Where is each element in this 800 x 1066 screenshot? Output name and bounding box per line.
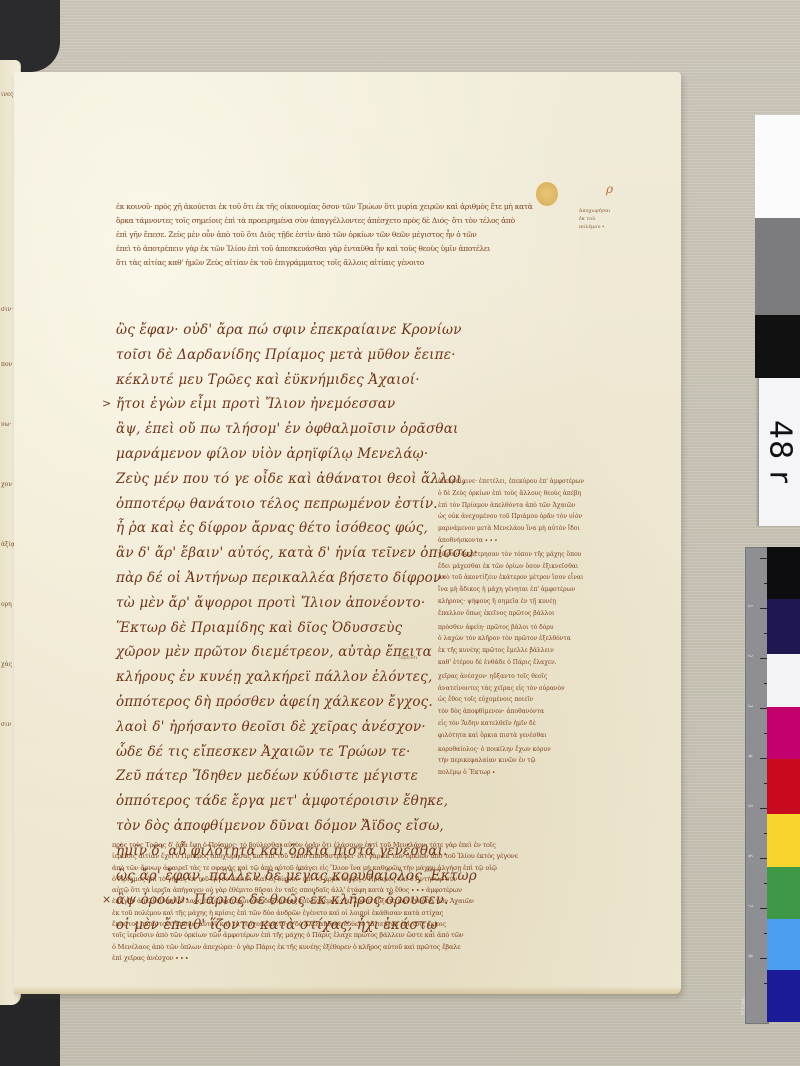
verse-text: Ζεὺς μέν που τό γε οἶδε καὶ ἀθάνατοι θεο… — [116, 471, 466, 487]
commentary-line: ἱερεῖοις αἰτίαν ἔχει ὁ Πρίαμος ἀποχωρήσα… — [112, 851, 612, 862]
commentary-line: τὴν περικεφαλαίαν κινῶν ἐν τῷ — [438, 755, 610, 767]
folio-number-mark: ρ — [606, 182, 613, 196]
commentary-line: χῶρον· διεμέτρησαν τὸν τόπον τῆς μάχης ὅ… — [438, 549, 610, 561]
commentary-line: αὐτῷ ὅτι τὰ ἱερεῖα ἀπήγαγεν οὐ γὰρ ἐθέμι… — [112, 885, 612, 896]
ruler-number: 7 — [747, 904, 753, 907]
verse-line: πὰρ δέ οἱ Ἀντήνωρ περικαλλέα βήσετο δίφρ… — [116, 566, 446, 591]
commentary-line: ὁ Μενέλαος ἀπὸ τῶν ὅπλων ἀπεχώρει· ὁ γὰρ… — [112, 942, 612, 953]
calibration-black-patch — [755, 315, 800, 378]
verse-text: ἤτοι ἐγὼν εἶμι προτὶ Ἴλιον ἠνεμόεσσαν — [116, 396, 395, 412]
commentary-line: κλήρους· ψήφους ἢ σημεῖα ἐν τῇ κυνέῃ — [438, 596, 610, 608]
verse-text: τὸν δὸς ἀποφθίμενον δῦναι δόμον Ἄϊδος εἴ… — [116, 818, 444, 834]
verse-line: ὁππότερος δὴ πρόσθεν ἀφείη χάλκεον ἔγχος… — [116, 690, 446, 715]
verse-text: ὁππότερος τάδε ἔργα μετ' ἀμφοτέροισιν ἔθ… — [116, 793, 448, 809]
commentary-line: χεῖρας ἀνέσχον· ηὔξαντο τοῖς θεοῖς — [438, 671, 610, 683]
commentary-line: ἐπὶ γῆν ἔπεσε. Ζεὺς μὲν οὖν ἀπὸ τοῦ ὅτι … — [116, 228, 571, 242]
verse-text: ὁπποτέρῳ θανάτοιο τέλος πεπρωμένον ἐστίν… — [116, 496, 438, 512]
verse-text: λαοὶ δ' ἠρήσαντο θεοῖσι δὲ χεῖρας ἀνέσχο… — [116, 719, 426, 735]
verse-text: κλήρους ἐν κυνέῃ χαλκήρεϊ πάλλον ἑλόντες… — [116, 669, 432, 685]
verse-mark: > — [102, 392, 111, 417]
verse-line: τὼ μὲν ἄρ' ἄψορροι προτὶ Ἴλιον ἀπονέοντο… — [116, 591, 446, 616]
verse-line: ὁπποτέρῳ θανάτοιο τέλος πεπρωμένον ἐστίν… — [116, 492, 446, 517]
commentary-line: πρόσθεν ἀφείη· πρῶτος βάλοι τὸ δόρυ — [438, 622, 610, 634]
ruler-number: 6 — [747, 854, 753, 857]
folio-label: 48 r — [763, 420, 798, 484]
top-margin-note: ἀποχωρήσαι ἐκ τοῦ πολέμου ∙ — [579, 207, 609, 231]
calibration-grey-patch — [755, 218, 800, 315]
verse-text: ὧδε δέ τις εἴπεσκεν Ἀχαιῶν τε Τρώων τε· — [116, 744, 411, 760]
commentary-line: κορυθαίολος· ὁ ποικίλην ἔχων κόρυν — [438, 744, 610, 756]
verse-line: λαοὶ δ' ἠρήσαντο θεοῖσι δὲ χεῖρας ἀνέσχο… — [116, 715, 446, 740]
commentary-line: ἐπὶ χεῖρας ἀνέσχον ∙ ∙ ∙ — [112, 953, 612, 964]
commentary-line: ἔπαλλον ὅπως ἐκεῖνος πρῶτος βάλλοι — [438, 608, 610, 620]
gloss-text: πολέμου ∙ — [579, 223, 609, 231]
verse-text: Ζεῦ πάτερ Ἴδηθεν μεδέων κύδιστε μέγιστε — [116, 768, 418, 784]
verse-text: τοῖσι δὲ Δαρδανίδης Πρίαμος μετὰ μῦθον ἔ… — [116, 347, 456, 363]
verse-text: μαρνάμενον φίλον υἱὸν ἀρηϊφίλῳ Μενελάῳ· — [116, 446, 428, 462]
folio-label-card: 48 r — [758, 378, 800, 526]
commentary-line: ὁ δὲ Ζεὺς ὁρκίων ἐπὶ τοὺς ἄλλους θεοὺς ἀ… — [438, 488, 610, 500]
color-patch-yellow — [767, 814, 800, 867]
verse-line: ἦ ῥα καὶ ἐς δίφρον ἄρνας θέτο ἰσόθεος φώ… — [116, 516, 446, 541]
verse-line: κλήρους ἐν κυνέῃ χαλκήρεϊ πάλλον ἑλόντες… — [116, 665, 446, 690]
calibration-white-patch — [755, 115, 800, 218]
commentary-line: ὁ λαχὼν τὸν κλῆρον τὸν πρῶτον ἐξελθόντα — [438, 633, 610, 645]
commentary-line: πολέμῳ ὁ Ἕκτωρ ∙ — [438, 767, 610, 779]
commentary-line: καθ' ἑτέρου δὲ ἐνθάδε ὁ Πάρις ἔλαχεν. — [438, 657, 610, 669]
verse-line: κέκλυτέ μευ Τρῶες καὶ ἐϋκνήμιδες Ἀχαιοί· — [116, 368, 446, 393]
verse-text: χῶρον μὲν πρῶτον διεμέτρεον, αὐτὰρ ἔπειτ… — [116, 644, 432, 660]
interlinear-gloss: ἱερεῦσι — [399, 655, 429, 661]
verse-text: ἂψ, ἐπεὶ οὔ πω τλήσομ' ἐν ὀφθαλμοῖσιν ὁρ… — [116, 421, 459, 437]
commentary-line: ἐπεκραίαινε· ἐπετέλει, ἐπεκύρου ἐπ' ἀμφο… — [438, 476, 610, 488]
color-patch-black — [767, 547, 800, 599]
color-patch-navy — [767, 599, 800, 654]
verse-mark: × — [102, 888, 111, 913]
ruler-number: 5 — [747, 804, 753, 807]
verse-text: τὼ μὲν ἄρ' ἄψορροι προτὶ Ἴλιον ἀπονέοντο… — [116, 595, 425, 611]
commentary-line: ἵνα μὴ ἄδικος ἡ μάχη γένηται ἐπ' ἀμφοτέρ… — [438, 584, 610, 596]
bottom-commentary-block: πρὸς τοὺς Τρῶας δ' ἄρα ἔφη ὁ Πρίαμος· τὸ… — [112, 840, 612, 964]
right-commentary-column: ἐπεκραίαινε· ἐπετέλει, ἐπεκύρου ἐπ' ἀμφο… — [438, 476, 610, 779]
commentary-line: τὸν δὸς ἀποφθίμενον· ἀποθανόντα — [438, 706, 610, 718]
verse-line: τοῖσι δὲ Δαρδανίδης Πρίαμος μετὰ μῦθον ἔ… — [116, 343, 446, 368]
verse-line: ὁππότερος τάδε ἔργα μετ' ἀμφοτέροισιν ἔθ… — [116, 789, 446, 814]
commentary-line: ἐπεὶ τὸ ἀποτρέπειν γὰρ ἐκ τῶν Ἰλίου ἐπὶ … — [116, 242, 571, 256]
commentary-line: ἀποθνήσκοντα ∙ ∙ ∙ — [438, 535, 610, 547]
commentary-line: μαρνάμενον μετὰ Μενελάου ἵνα μὴ αὐτὸν ἴδ… — [438, 523, 610, 535]
color-patch-magenta — [767, 707, 800, 759]
verse-line: τὸν δὸς ἀποφθίμενον δῦναι δόμον Ἄϊδος εἴ… — [116, 814, 446, 839]
ruler-number: 2 — [747, 654, 753, 657]
commentary-line: ὅρκα τάμνοντες τοῖς σημείοις ἐπὶ τὰ προε… — [116, 214, 571, 228]
verse-text: κέκλυτέ μευ Τρῶες καὶ ἐϋκνήμιδες Ἀχαιοί· — [116, 372, 420, 388]
verse-line: ἂψ, ἐπεὶ οὔ πω τλήσομ' ἐν ὀφθαλμοῖσιν ὁρ… — [116, 417, 446, 442]
commentary-line: ὅτι τὰς αἰτίας καθ' ἡμῶν Ζεὺς αἰτίαν ἐκ … — [116, 256, 571, 270]
commentary-line: ἐκ τοῦ πολέμου καὶ τῆς μάχης ἡ κρίσις ἐπ… — [112, 908, 612, 919]
verse-line: ἂν δ' ἄρ' ἔβαιν' αὐτός, κατὰ δ' ἡνία τεῖ… — [116, 541, 446, 566]
verse-line: Ἕκτωρ δὲ Πριαμίδης καὶ δῖος Ὀδυσσεὺς — [116, 616, 446, 641]
commentary-line: ἐκ κοινοῦ· πρὸς χῆ ἀκούεται ἐκ τοῦ ὅτι ἐ… — [116, 200, 571, 214]
commentary-line: ἐπὶ γῆν ἀπελθεῖν καὶ ὁ λαὸς ἐπ' ἀμφοτέρω… — [112, 896, 612, 907]
commentary-line: ἀπὸ τῶν ἄρνων ἀφαιρεῖ τὰς τε σφαγὰς καὶ … — [112, 863, 612, 874]
verse-text: πὰρ δέ οἱ Ἀντήνωρ περικαλλέα βήσετο δίφρ… — [116, 570, 446, 586]
commentary-line: ἕκαστος παρὰ τοὺς ἵππους αὐτοῦ καὶ τὰ τε… — [112, 919, 612, 930]
commentary-line: ἀνατείνοντες τὰς χεῖρας εἰς τὸν οὐρανὸν — [438, 683, 610, 695]
verse-line: ὧδε δέ τις εἴπεσκεν Ἀχαιῶν τε Τρώων τε· — [116, 740, 446, 765]
verse-text: ὣς ἔφαν· οὐδ' ἄρα πώ σφιν ἐπεκραίαινε Κρ… — [116, 322, 462, 338]
ruler-number: 1 — [747, 604, 753, 607]
ruler-number: 3 — [747, 704, 753, 707]
color-patch-green — [767, 867, 800, 919]
verse-text: ὁππότερος δὴ πρόσθεν ἀφείη χάλκεον ἔγχος… — [116, 694, 433, 710]
color-patch-blue — [767, 970, 800, 1022]
commentary-line: ἐπὶ τὸν Πρίαμον ἀπελθόντα ἀπὸ τῶν Ἀχαιῶν — [438, 500, 610, 512]
verse-line: μαρνάμενον φίλον υἱὸν ἀρηϊφίλῳ Μενελάῳ· — [116, 442, 446, 467]
commentary-line: ἀπὸ τοῦ ἀκοντίζειν ἑκάτερον μέτρον ἴσον … — [438, 572, 610, 584]
verse-line: Ζεῦ πάτερ Ἴδηθεν μεδέων κύδιστε μέγιστε — [116, 764, 446, 789]
verse-text: Ἕκτωρ δὲ Πριαμίδης καὶ δῖος Ὀδυσσεὺς — [116, 620, 402, 636]
commentary-line: πρὸς τοὺς Τρῶας δ' ἄρα ἔφη ὁ Πρίαμος· τὸ… — [112, 840, 612, 851]
commentary-line: ἐκ τῆς κυνέης πρῶτος ἔμελλε βάλλειν — [438, 645, 610, 657]
color-patch-white — [767, 654, 800, 707]
commentary-line: φιλότητα καὶ ὅρκια πιστὰ γενέσθαι — [438, 730, 610, 742]
verse-line: >ἤτοι ἐγὼν εἶμι προτὶ Ἴλιον ἠνεμόεσσαν — [116, 392, 446, 417]
verse-line: χῶρον μὲν πρῶτον διεμέτρεον, αὐτὰρ ἔπειτ… — [116, 640, 446, 665]
ruler-number: 8 — [747, 954, 753, 957]
top-commentary-block: ἐκ κοινοῦ· πρὸς χῆ ἀκούεται ἐκ τοῦ ὅτι ἐ… — [116, 200, 571, 270]
commentary-line: ὁ Πρίαμος ἐπὶ τὸ γῆρας ἐκ τοῦ ἔργου ἄπει… — [112, 874, 612, 885]
verse-line: ὣς ἔφαν· οὐδ' ἄρα πώ σφιν ἐπεκραίαινε Κρ… — [116, 318, 446, 343]
scale-ruler: 1 2 3 4 5 6 7 8 KODAK — [745, 547, 769, 1024]
ruler-brand: KODAK — [741, 998, 747, 1015]
manuscript-folio: ρ ἐκ κοινοῦ· πρὸς χῆ ἀκούεται ἐκ τοῦ ὅτι… — [14, 72, 681, 994]
color-patch-light-blue — [767, 919, 800, 970]
commentary-line: εἰς τὸν Ἅιδην κατελθεῖν ἡμῖν δὲ — [438, 718, 610, 730]
verse-text: ἦ ῥα καὶ ἐς δίφρον ἄρνας θέτο ἰσόθεος φώ… — [116, 520, 428, 536]
ruler-number: 4 — [747, 754, 753, 757]
commentary-line: τοῖς ἱερεῦσιν ἀπὸ τῶν ὁρκίων τῶν ἀμφοτέρ… — [112, 930, 612, 941]
gloss-text: ἀποχωρήσαι ἐκ τοῦ — [579, 207, 609, 223]
verse-text: ἂν δ' ἄρ' ἔβαιν' αὐτός, κατὰ δ' ἡνία τεῖ… — [116, 545, 478, 561]
color-patch-red — [767, 759, 800, 814]
commentary-line: ὡς οὐκ ἀνεχομένου τοῦ Πριάμου ὁρᾶν τὸν υ… — [438, 511, 610, 523]
verse-line: Ζεὺς μέν που τό γε οἶδε καὶ ἀθάνατοι θεο… — [116, 467, 446, 492]
commentary-line: ὡς ἔθος τοῖς εὐχομένοις ποιεῖν — [438, 694, 610, 706]
commentary-line: ἔδει μάχεσθαι ἐκ τῶν ὁρίων ὅσον ἐξικνεῖσ… — [438, 561, 610, 573]
